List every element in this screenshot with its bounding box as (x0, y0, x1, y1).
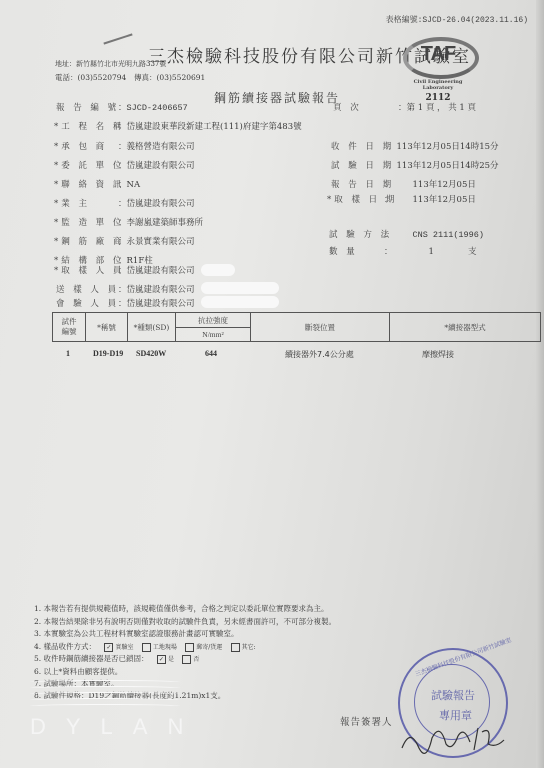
redaction-mark (201, 296, 279, 308)
field-label-project-name: *工 程 名 稱 (54, 120, 124, 132)
header-fracture-location: 斷裂位置 (251, 313, 390, 342)
option-site: 工地現場 (153, 644, 177, 651)
test-report-page: 表格編號:SJCD-26.04(2023.11.16) 三杰檢驗科技股份有限公司… (0, 0, 544, 768)
sampling-date: 113年12月05日 (413, 195, 476, 205)
option-mail: 郵寄/貨運 (196, 644, 222, 651)
page-count: 第 1 頁 ， 共 1 頁 (407, 103, 477, 113)
dylan-watermark: DYLAN (30, 680, 180, 740)
note-5: 5. 收件時鋼筋續接器是否已鎖固： ✓是 否 (34, 653, 199, 664)
header-specimen-no: 試件 編號 (53, 313, 86, 342)
cell-designation: D19-D19 (93, 349, 123, 358)
field-label-test-date: 試 驗 日 期 (331, 159, 394, 171)
field-label-supervisor: *監 造 單 位 (54, 216, 124, 228)
option-no: 否 (193, 656, 199, 663)
field-value-sampling-date: ：113年12月05日 (384, 193, 476, 205)
taf-line2: Laboratory (400, 85, 476, 91)
watermark-wave-icon (30, 692, 180, 696)
field-label-received-date: 收 件 日 期 (331, 140, 394, 152)
report-date: 113年12月05日 (413, 180, 476, 190)
cell-fracture-location: 續接器外7.4公分處 (285, 349, 354, 360)
field-value-test-date: ：113年12月05日14時25分 (388, 159, 499, 171)
field-value-test-method: ：CNS 2111(1996) (384, 228, 484, 240)
field-value-page: ：第 1 頁 ， 共 1 頁 (398, 101, 476, 113)
contact: NA (127, 180, 141, 190)
field-value-owner: ：岱嵐建設有限公司 (118, 197, 195, 209)
note-5-label: 5. 收件時鋼筋續接器是否已鎖固： (34, 654, 149, 663)
header-grade: *種類(SD) (128, 313, 176, 342)
redaction-mark (201, 282, 279, 294)
company-address: 地址：新竹縣竹北市光明九路337號 (55, 59, 166, 69)
rebar-supplier: 永景實業有限公司 (127, 237, 195, 247)
report-no: SJCD-2406657 (127, 103, 188, 113)
pen-mark (103, 33, 132, 44)
quantity: 1 (429, 247, 434, 257)
owner: 岱嵐建設有限公司 (127, 199, 195, 209)
watermark-wave-icon (30, 686, 180, 690)
field-value-supervisor: ：李謝嵐建築師事務所 (118, 216, 203, 228)
watermark-wave-icon (30, 680, 180, 684)
field-value-sender: ：岱嵐建設有限公司 (118, 283, 195, 295)
field-value-contractor: ：義格營造有限公司 (118, 140, 195, 152)
paper-edge-shadow (536, 0, 544, 768)
watermark-wave-icon (30, 704, 180, 708)
field-label-report-no: 報 告 編 號 (56, 101, 119, 113)
option-other: 其它: (242, 644, 256, 651)
field-label-sampler-text: *取 樣 人 員 (54, 264, 124, 276)
note-6: 6. 以上*資料由顧客提供。 (34, 666, 122, 677)
cell-specimen-no: 1 (66, 349, 70, 358)
results-table: 試件 編號 *稱號 *種類(SD) 抗拉強度 斷裂位置 *續接器型式 N/mm² (52, 312, 541, 342)
stamp-line1: 試驗報告 (431, 687, 475, 703)
redaction-mark (201, 264, 235, 276)
header-tensile-strength: 抗拉強度 (176, 313, 251, 328)
checkbox-checked-icon: ✓ (104, 643, 113, 652)
field-value-project-name: ：岱嵐建設東華段新建工程(111)府建字第483號 (118, 120, 302, 132)
field-label-witness: 會 驗 人 員 (56, 297, 119, 309)
field-value-witness: ：岱嵐建設有限公司 (118, 297, 195, 309)
note-2: 2. 本報告結果除非另有說明否則僅對收取的試驗件負責，另未經書面許可，不可部分複… (34, 616, 336, 627)
checkbox-checked-icon: ✓ (157, 655, 166, 664)
option-yes: 是 (168, 656, 174, 663)
watermark-wave-icon (30, 698, 180, 702)
test-date: 113年12月05日14時25分 (397, 161, 499, 171)
contractor: 義格營造有限公司 (127, 142, 195, 152)
cell-coupler-type: 摩擦焊接 (422, 349, 454, 360)
header-designation: *稱號 (86, 313, 128, 342)
project-name: 岱嵐建設東華段新建工程(111)府建字第483號 (127, 122, 302, 132)
field-value-report-date: ：113年12月05日 (384, 178, 476, 190)
field-value-contact: ：NA (118, 178, 140, 190)
test-method: CNS 2111(1996) (413, 230, 484, 240)
field-label-contact: *聯 絡 資 訊 (54, 178, 124, 190)
field-value-quantity: ：1支 (384, 245, 476, 257)
client: 岱嵐建設有限公司 (127, 161, 195, 171)
field-label-contractor: *承 包 商 (54, 140, 107, 152)
note-4-label: 4. 樣品收件方式： (34, 642, 96, 651)
checkbox-empty-icon (231, 643, 240, 652)
signer-label: 報告簽署人 (340, 714, 393, 728)
header-specimen-no-line1: 試件 (53, 317, 85, 327)
note-1: 1. 本報告若有提供規範值時，該規範值僅供參考，合格之判定以委託單位實際要求為主… (34, 603, 329, 614)
field-label-owner: *業 主 (54, 197, 90, 209)
report-title: 鋼筋續接器試驗報告 (214, 89, 340, 106)
field-label-quantity: 數 量 (329, 245, 358, 257)
taf-logo-text: TAF (400, 43, 476, 66)
cell-tensile-strength: 644 (205, 349, 217, 358)
checkbox-empty-icon (185, 643, 194, 652)
handwritten-signature-icon (400, 718, 510, 754)
note-3: 3. 本實驗室為公共工程材料實驗室認證服務計畫認可實驗室。 (34, 628, 239, 639)
taf-lab-type: Civil Engineering Laboratory (400, 79, 476, 91)
company-fax: 傳真：(03)5520691 (134, 72, 205, 83)
watermark-text: DYLAN (30, 714, 180, 740)
taf-accreditation-logo: TAF Civil Engineering Laboratory 2112 (400, 37, 476, 95)
field-value-sampler: ：岱嵐建設有限公司 (118, 264, 195, 276)
quantity-unit: 支 (468, 247, 477, 257)
checkbox-empty-icon (142, 643, 151, 652)
field-label-rebar-supplier: *鋼 筋 廠 商 (54, 235, 124, 247)
field-label-page: 頁 次 (333, 101, 362, 113)
header-specimen-no-line2: 編號 (53, 327, 85, 337)
received-date: 113年12月05日14時15分 (397, 142, 499, 152)
field-label-test-method: 試 驗 方 法 (329, 228, 392, 240)
company-phone: 電話：(03)5520794 (55, 72, 126, 83)
field-value-report-no: ：SJCD-2406657 (118, 101, 188, 113)
field-value-rebar-supplier: ：永景實業有限公司 (118, 235, 195, 247)
form-number: 表格編號:SJCD-26.04(2023.11.16) (386, 14, 528, 25)
sampler: 岱嵐建設有限公司 (127, 266, 195, 276)
checkbox-empty-icon (182, 655, 191, 664)
header-coupler-type: *續接器型式 (390, 313, 541, 342)
cell-grade: SD420W (136, 349, 166, 358)
sender: 岱嵐建設有限公司 (127, 285, 195, 295)
field-label-sender: 送 樣 人 員 (56, 283, 119, 295)
option-lab: 實驗室 (115, 644, 133, 651)
header-tensile-unit: N/mm² (176, 328, 251, 342)
witness: 岱嵐建設有限公司 (127, 299, 195, 309)
field-value-client: ：岱嵐建設有限公司 (118, 159, 195, 171)
supervisor: 李謝嵐建築師事務所 (127, 218, 204, 228)
note-4: 4. 樣品收件方式： ✓實驗室 工地現場 郵寄/貨運 其它: (34, 641, 256, 652)
field-value-received-date: ：113年12月05日14時15分 (388, 140, 499, 152)
field-label-client: *委 託 單 位 (54, 159, 124, 171)
